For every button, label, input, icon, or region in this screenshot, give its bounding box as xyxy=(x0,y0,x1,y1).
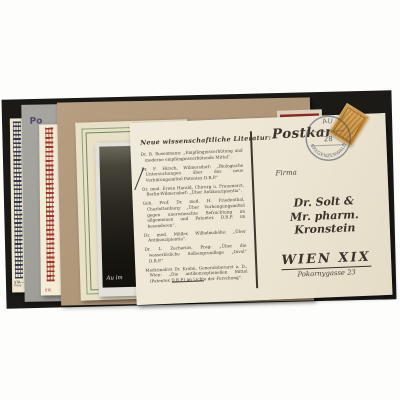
literature-entry: Geh. Prof. Dr. med. H. Friedenthal, Char… xyxy=(143,197,246,229)
literature-entry: Dr. med. Müller, Wilhelmshöhe: „Über Ant… xyxy=(144,228,246,243)
addressee-prefix: Firma xyxy=(275,169,297,178)
illegible-fragment: STE xyxy=(45,288,52,292)
literature-heading: Neue wissenschaftliche Literatur: xyxy=(140,135,242,147)
literature-entry: Dr. L. Zacharias, Prag: „Über die wasser… xyxy=(144,243,247,264)
postmark-place: AU xyxy=(322,117,334,126)
literature-entry: Dr. F. Hirsch, Wilmersdorf: „Biologische… xyxy=(141,162,244,183)
literature-entry: Dr. med. Erwin Harald, Chirurg u. Frauen… xyxy=(142,182,244,197)
card-center-divider xyxy=(250,131,258,288)
photo-of-postcard-lot: STA— Preis Po STE Au im xyxy=(0,0,400,400)
illegible-fragment: Preis xyxy=(14,285,24,289)
advertising-postcard: AU 28 BREGENZERWALD Neue wissenschaftlic… xyxy=(129,113,392,305)
postmark-icon: AU 28 BREGENZERWALD xyxy=(301,111,355,165)
literature-entry: Dr. R. Rosenmann: „Empfängnisverhütung u… xyxy=(141,148,243,163)
svg-text:AU: AU xyxy=(322,117,334,126)
literature-column: Neue wissenschaftliche Literatur: Dr. R.… xyxy=(140,135,248,288)
photo-caption: Au im xyxy=(106,275,122,281)
red-border-ornament xyxy=(45,127,55,281)
addressee-city: WIEN XIX xyxy=(281,250,371,271)
postmark-date: 28 xyxy=(324,135,333,143)
addressee-name-line2: Mr. pharm. Kronstein xyxy=(263,207,386,238)
